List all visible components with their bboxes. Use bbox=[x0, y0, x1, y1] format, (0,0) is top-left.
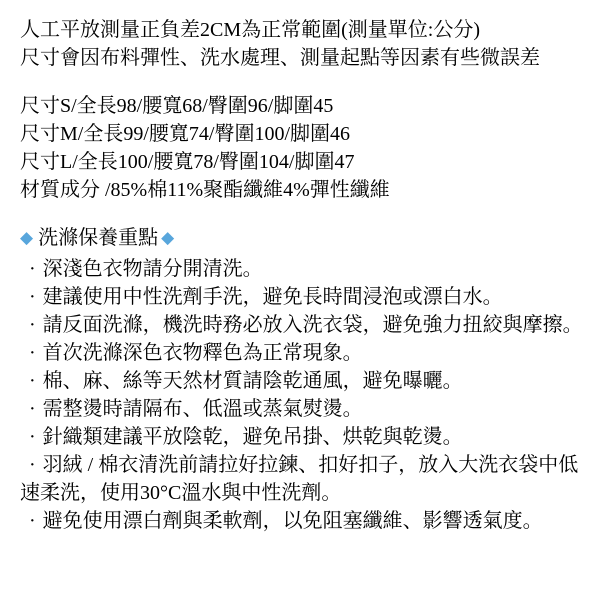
care-list-item: ·羽絨 / 棉衣清洗前請拉好拉鍊、扣好扣子，放入大洗衣袋中低速柔洗，使用30°C… bbox=[20, 451, 586, 507]
care-item-text: 建議使用中性洗劑手洗，避免長時間浸泡或漂白水。 bbox=[43, 286, 503, 308]
size-spec-row-l: 尺寸L/全長100/腰寬78/臀圍104/脚圍47 bbox=[20, 148, 586, 176]
bullet-marker: · bbox=[29, 398, 36, 420]
product-care-page: 人工平放測量正負差2CM為正常範圍(測量單位:公分) 尺寸會因布料彈性、洗水處理… bbox=[0, 0, 600, 535]
care-list-item: ·棉、麻、絲等天然材質請陰乾通風，避免曝曬。 bbox=[20, 367, 586, 395]
measurement-note-line1: 人工平放測量正負差2CM為正常範圍(測量單位:公分) bbox=[20, 16, 586, 44]
care-item-text: 針織類建議平放陰乾，避免吊掛、烘乾與乾燙。 bbox=[43, 426, 463, 448]
care-item-text: 羽絨 / 棉衣清洗前請拉好拉鍊、扣好扣子，放入大洗衣袋中低速柔洗，使用30°C溫… bbox=[20, 454, 578, 504]
care-item-text: 首次洗滌深色衣物釋色為正常現象。 bbox=[43, 342, 363, 364]
care-list-item: ·深淺色衣物請分開清洗。 bbox=[20, 255, 586, 283]
care-section-heading: ◆洗滌保養重點◆ bbox=[20, 224, 586, 253]
measurement-note-line2: 尺寸會因布料彈性、洗水處理、測量起點等因素有些微誤差 bbox=[20, 44, 586, 72]
care-item-text: 請反面洗滌，機洗時務必放入洗衣袋，避免強力扭絞與摩擦。 bbox=[43, 314, 583, 336]
size-spec-row-s: 尺寸S/全長98/腰寬68/臀圍96/脚圍45 bbox=[20, 92, 586, 120]
care-item-text: 避免使用漂白劑與柔軟劑，以免阻塞纖維、影響透氣度。 bbox=[43, 510, 543, 532]
bullet-marker: · bbox=[29, 426, 36, 448]
diamond-icon: ◆ bbox=[20, 224, 33, 252]
care-list-item: ·請反面洗滌，機洗時務必放入洗衣袋，避免強力扭絞與摩擦。 bbox=[20, 311, 586, 339]
care-item-text: 棉、麻、絲等天然材質請陰乾通風，避免曝曬。 bbox=[43, 370, 463, 392]
care-list-item: ·避免使用漂白劑與柔軟劑，以免阻塞纖維、影響透氣度。 bbox=[20, 507, 586, 535]
care-heading-text: 洗滌保養重點 bbox=[38, 227, 158, 249]
size-spec-list: 尺寸S/全長98/腰寬68/臀圍96/脚圍45 尺寸M/全長99/腰寬74/臀圍… bbox=[20, 92, 586, 204]
material-composition: 材質成分 /85%棉11%聚酯纖維4%彈性纖維 bbox=[20, 176, 586, 204]
bullet-marker: · bbox=[29, 258, 36, 280]
measurement-note: 人工平放測量正負差2CM為正常範圍(測量單位:公分) 尺寸會因布料彈性、洗水處理… bbox=[20, 16, 586, 72]
care-item-text: 深淺色衣物請分開清洗。 bbox=[43, 258, 263, 280]
care-list-item: ·建議使用中性洗劑手洗，避免長時間浸泡或漂白水。 bbox=[20, 283, 586, 311]
care-list: ·深淺色衣物請分開清洗。 ·建議使用中性洗劑手洗，避免長時間浸泡或漂白水。 ·請… bbox=[20, 255, 586, 535]
bullet-marker: · bbox=[29, 286, 36, 308]
care-list-item: ·針織類建議平放陰乾，避免吊掛、烘乾與乾燙。 bbox=[20, 423, 586, 451]
size-spec-row-m: 尺寸M/全長99/腰寬74/臀圍100/脚圍46 bbox=[20, 120, 586, 148]
bullet-marker: · bbox=[29, 510, 36, 532]
bullet-marker: · bbox=[29, 454, 36, 476]
care-list-item: ·需整燙時請隔布、低溫或蒸氣熨燙。 bbox=[20, 395, 586, 423]
bullet-marker: · bbox=[29, 342, 36, 364]
bullet-marker: · bbox=[29, 370, 36, 392]
care-item-text: 需整燙時請隔布、低溫或蒸氣熨燙。 bbox=[43, 398, 363, 420]
diamond-icon: ◆ bbox=[161, 224, 174, 252]
care-list-item: ·首次洗滌深色衣物釋色為正常現象。 bbox=[20, 339, 586, 367]
bullet-marker: · bbox=[29, 314, 36, 336]
